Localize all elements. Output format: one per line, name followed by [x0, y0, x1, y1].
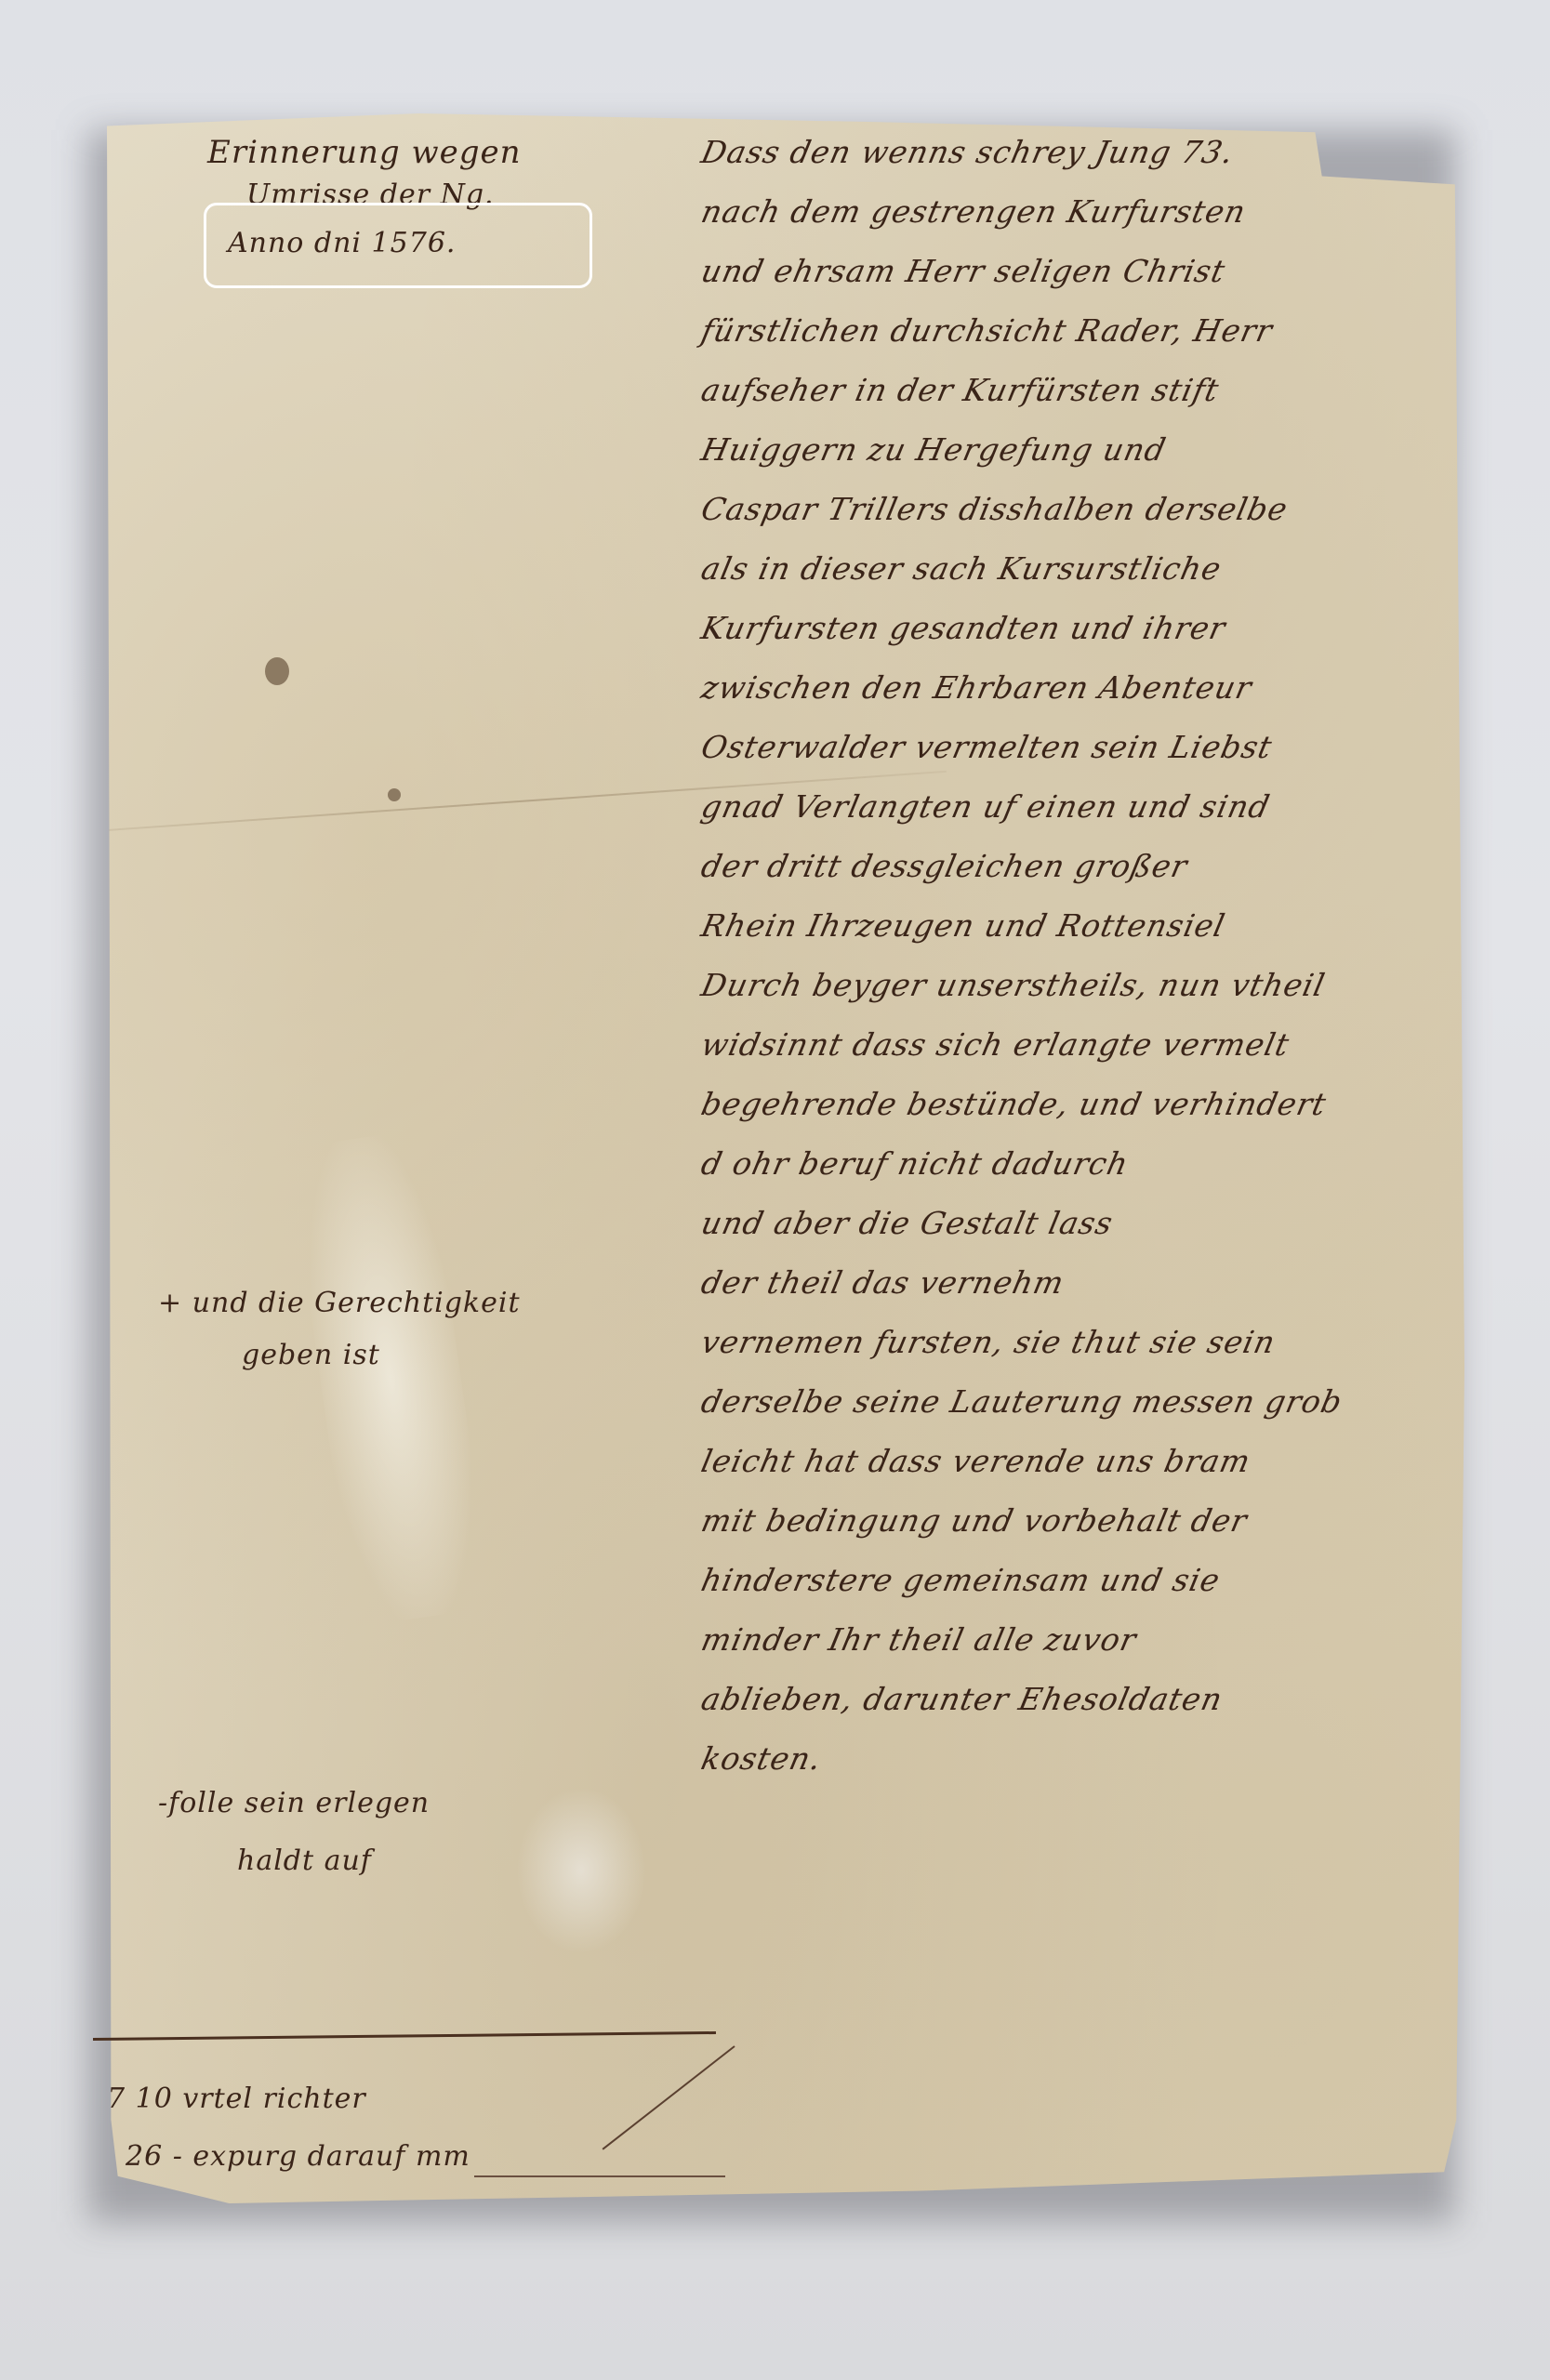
- margin-note-lower-line-2: haldt auf: [237, 1844, 372, 1877]
- margin-note-middle-line-1: + und die Gerechtigkeit: [158, 1287, 521, 1319]
- text-line: Osterwalder vermelten sein Liebst: [698, 729, 1276, 765]
- text-line: vernemen fursten, sie thut sie sein: [698, 1324, 1279, 1360]
- manuscript-page: Erinnerung wegen Umrisse der Ng. Anno dn…: [107, 113, 1464, 2203]
- text-line: leicht hat dass verende uns bram: [698, 1443, 1254, 1479]
- text-line: ablieben, darunter Ehesoldaten: [698, 1681, 1226, 1717]
- text-line: der dritt dessgleichen großer: [698, 848, 1191, 884]
- text-line: mit bedingung und vorbehalt der: [698, 1502, 1251, 1539]
- text-line: Rhein Ihrzeugen und Rottensiel: [698, 907, 1229, 944]
- text-line: Durch beyger unserstheils, nun vtheil: [698, 967, 1329, 1003]
- paper-crease: [288, 1129, 494, 1627]
- text-line: fürstlichen durchsicht Rader, Herr: [698, 312, 1277, 349]
- text-line: kosten.: [698, 1740, 826, 1777]
- paper-hole: [388, 788, 401, 801]
- text-line: der theil das vernehm: [698, 1264, 1067, 1301]
- text-line: und aber die Gestalt lass: [698, 1205, 1117, 1241]
- margin-note-lower-line-1: -folle sein erlegen: [158, 1787, 430, 1819]
- text-line: begehrende bestünde, und verhindert: [698, 1086, 1330, 1122]
- text-line: derselbe seine Lauterung messen grob: [698, 1383, 1346, 1420]
- bottom-rule: [474, 2175, 725, 2177]
- text-line: aufseher in der Kurfürsten stift: [698, 372, 1223, 408]
- paper-hole: [265, 657, 289, 685]
- bottom-note-line-1: 7 10 vrtel richter: [107, 2082, 366, 2115]
- text-line: widsinnt dass sich erlangte vermelt: [698, 1026, 1293, 1063]
- text-line: nach dem gestrengen Kurfursten: [698, 193, 1250, 230]
- text-line: Kurfursten gesandten und ihrer: [698, 610, 1229, 646]
- text-line: Caspar Trillers disshalben derselbe: [698, 491, 1292, 527]
- text-line: als in dieser sach Kursurstliche: [698, 550, 1225, 587]
- bottom-note-line-2: 26 - expurg darauf mm: [126, 2140, 470, 2173]
- margin-note-middle-line-2: geben ist: [242, 1339, 380, 1371]
- text-line: minder Ihr theil alle zuvor: [698, 1621, 1140, 1658]
- text-line: und ehrsam Herr seligen Christ: [698, 253, 1229, 289]
- highlight-box-date: [204, 203, 592, 288]
- margin-note-top-line-1: Erinnerung wegen: [207, 134, 522, 171]
- text-line: d ohr beruf nicht dadurch: [698, 1145, 1133, 1182]
- paper-repair-patch: [516, 1787, 646, 1954]
- text-line: Dass den wenns schrey Jung 73.: [698, 134, 1238, 170]
- text-line: gnad Verlangten uf einen und sind: [698, 788, 1274, 825]
- text-line: zwischen den Ehrbaren Abenteur: [698, 669, 1255, 706]
- text-line: Huiggern zu Hergefung und: [698, 431, 1170, 468]
- text-line: hinderstere gemeinsam und sie: [698, 1562, 1224, 1598]
